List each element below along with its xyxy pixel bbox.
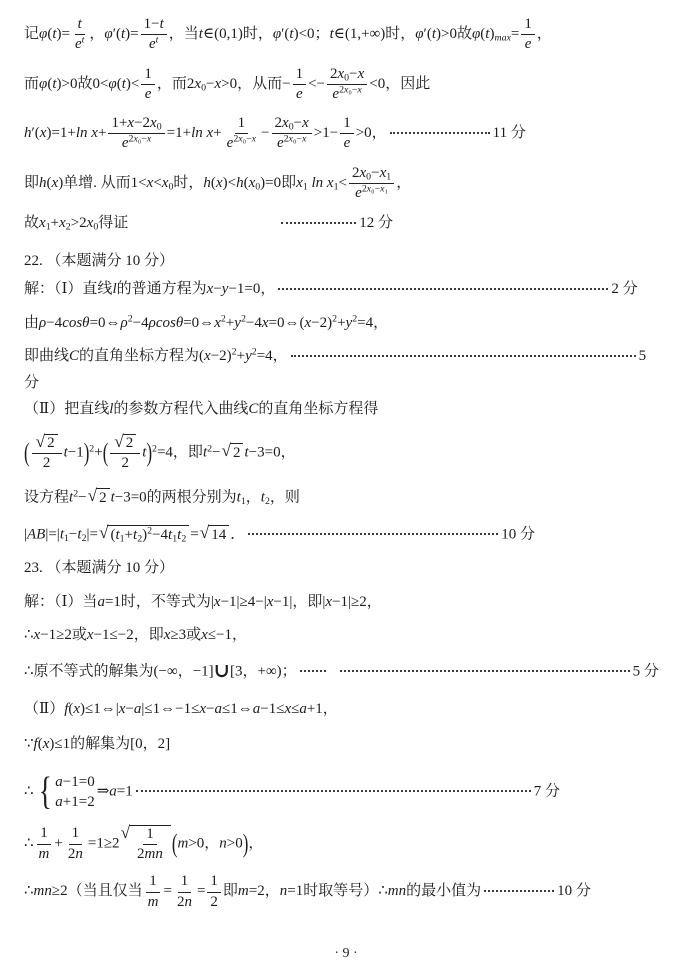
numerator: 1 xyxy=(207,873,221,892)
text-run: (t xyxy=(110,527,119,543)
dot-leader xyxy=(300,670,326,672)
text-run: 1 xyxy=(72,825,80,841)
text-run: ∴ xyxy=(24,783,34,799)
fraction: 12n xyxy=(65,825,86,863)
denominator: e2x₀−x₁ xyxy=(352,184,391,202)
text-run: 记φ(t)= xyxy=(24,26,70,42)
numerator: 1+x−2x0 xyxy=(108,115,164,134)
text-run: e xyxy=(75,36,82,52)
denominator: 2 xyxy=(119,454,133,472)
text-run: ∵f(x)≤1的解集为[0，2] xyxy=(24,736,170,752)
fraction: 1e xyxy=(141,66,155,104)
case-row: a−1=0 xyxy=(55,773,94,791)
text-run: + xyxy=(54,836,62,852)
text-run: 23. （本题满分 10 分） xyxy=(24,560,174,576)
text-run: |= xyxy=(87,526,98,542)
text-run: 5 分 xyxy=(633,663,659,679)
denominator: e xyxy=(142,85,155,103)
text-run: ，φ′(t)= xyxy=(89,26,138,42)
radicand: 2 xyxy=(123,434,137,452)
denominator: e2x₀−x xyxy=(119,134,154,152)
fraction: 12mn xyxy=(134,826,166,864)
text-run: − xyxy=(78,490,86,506)
sqrt-radical: √2 xyxy=(114,434,136,452)
text-run: 1 xyxy=(40,825,48,841)
fraction: √22 xyxy=(110,434,140,473)
text-run: 1−t xyxy=(144,16,164,32)
q22-substitution: (√22t−1)2+(√22t)2=4，即t2−√2t−3=0， xyxy=(24,434,672,473)
radicand: 2 xyxy=(44,434,58,452)
text-run: = xyxy=(190,526,198,542)
text-run: e xyxy=(149,36,156,52)
big-paren: ( xyxy=(172,827,178,861)
q23-am-gm: ∴1m+12n=1≥2√12mn(m>0，n>0)， xyxy=(24,825,672,864)
text-run: 设方程t xyxy=(24,490,73,506)
text-run: − xyxy=(212,444,220,460)
text-run: e xyxy=(344,135,351,151)
problem-23-header: 23. （本题满分 10 分） xyxy=(24,559,672,579)
text-run: = xyxy=(163,884,171,900)
case-rows: a−1=0a+1=2 xyxy=(55,773,94,811)
denominator: m xyxy=(145,893,162,911)
q23-mn-minimum: ∴mn≥2（当且仅当1m=12n=12即m=2，n=1时取等号）∴mn的最小值为… xyxy=(24,873,672,911)
text-run: ⇒a=1 xyxy=(97,783,133,799)
text-run: 1 xyxy=(144,66,152,82)
numerator: 1 xyxy=(178,873,192,892)
text-run: −x xyxy=(294,115,309,131)
denominator: e xyxy=(293,85,306,103)
numerator: 2x0−x xyxy=(272,115,312,134)
text-run: <− xyxy=(308,76,325,92)
q23-a-equals-1: ∴{a−1=0a+1=2⇒a=17 分 xyxy=(24,773,672,811)
text-run: +t xyxy=(125,527,138,543)
dot-leader xyxy=(281,222,356,224)
x1-x2-conclusion: 故x1+x2>2x0得证12 分 xyxy=(24,214,672,234)
superscript: 2x₀−x xyxy=(284,134,307,145)
numerator: 2x0−x1 xyxy=(349,165,394,184)
dot-leader xyxy=(340,670,630,672)
problem-22-header: 22. （本题满分 10 分） xyxy=(24,252,672,272)
dot-leader xyxy=(278,288,608,290)
denominator: e2x₀−x xyxy=(329,85,364,103)
subscript: 2 xyxy=(181,533,186,544)
q22-polar-conversion: 由ρ−4cosθ=0⇔ρ2−4ρcosθ=0⇔x2+y2−4x=0⇔(x−2)2… xyxy=(24,314,672,334)
text-run: −t xyxy=(69,526,82,542)
fraction: √22 xyxy=(32,434,62,473)
text-run: 解：（Ⅰ）当a=1时，不等式为|x−1|≥4−|x−1|，即|x−1|≥2， xyxy=(24,594,382,610)
cases-brace-group: {a−1=0a+1=2 xyxy=(36,773,95,811)
text-run: 2 xyxy=(210,894,218,910)
denominator: 2 xyxy=(207,893,221,911)
numerator: √2 xyxy=(110,434,140,454)
text-run: 由ρ−4cosθ=0⇔ρ xyxy=(24,315,128,331)
fraction: 1+x−2x0e2x₀−x xyxy=(108,115,164,153)
radicand: 2 xyxy=(96,488,110,509)
text-run: −x>0，从而− xyxy=(206,76,291,92)
text-run: −4t xyxy=(152,527,172,543)
text-run: < xyxy=(339,175,347,191)
numerator: t xyxy=(75,16,85,35)
document-body: 记φ(t)=tet，φ′(t)=1−tet，当t∈(0,1)时，φ′(t)<0；… xyxy=(0,0,692,911)
text-run: 1 xyxy=(343,115,351,131)
text-run: ∴原不等式的解集为(−∞，−1] xyxy=(24,663,214,679)
denominator: 2n xyxy=(174,893,195,911)
text-run: = xyxy=(197,884,205,900)
text-run: =4，即t xyxy=(157,444,207,460)
text-run: )=0即x xyxy=(260,175,303,191)
fraction: 2x0−x1e2x₀−x₁ xyxy=(349,165,394,203)
numerator: 1 xyxy=(521,16,535,35)
text-run: 2 xyxy=(43,455,51,471)
text-run: h′(x)=1+ln x+ xyxy=(24,125,106,141)
fraction: 2x0−xe2x₀−x xyxy=(272,115,312,153)
q22-part1-line-equation: 解：（Ⅰ）直线l的普通方程为x−y−1=0，2 分 xyxy=(24,280,672,300)
text-run: 1 xyxy=(238,115,246,131)
sqrt-radical: √(t1+t2)2−4t1t2 xyxy=(99,525,189,546)
text-run: +y xyxy=(226,315,241,331)
radicand: 2 xyxy=(230,443,244,464)
text-run: 即m=2，n=1时取等号）∴mn的最小值为 xyxy=(223,884,481,900)
q22-fen-wrap: 分 xyxy=(24,374,672,394)
sqrt-radical: √12mn xyxy=(121,825,171,864)
fraction: 12 xyxy=(207,873,221,911)
fraction: tet xyxy=(72,16,87,54)
text-run: 2x xyxy=(352,165,366,181)
text-run: + xyxy=(94,444,102,460)
text-run: =1+ln x+ xyxy=(167,125,222,141)
text-run: >2x xyxy=(71,215,94,231)
text-run: 1+x−2x xyxy=(111,115,156,131)
text-run: （Ⅱ）f(x)≤1⇔|x−a|≤1⇔−1≤x−a≤1⇔a−1≤x≤a+1， xyxy=(24,701,338,717)
q23-solution-set: ∴原不等式的解集为(−∞，−1]∪[3，+∞)；5 分 xyxy=(24,659,672,684)
fraction: 1e2x₀−x xyxy=(224,115,259,153)
fraction: 12n xyxy=(174,873,195,911)
text-run: e xyxy=(355,185,362,201)
fraction: 1m xyxy=(145,873,162,911)
numerator: 1 xyxy=(69,825,83,844)
text-run: 2mn xyxy=(137,846,163,862)
text-run: e xyxy=(525,36,532,52)
text-run: m xyxy=(148,894,159,910)
text-run: [3，+∞)； xyxy=(230,663,297,679)
union-symbol: ∪ xyxy=(214,661,230,682)
text-run: 时，h(x)<h(x xyxy=(173,175,255,191)
q22-curve-equation: 即曲线C的直角坐标方程为(x−2)2+y2=4，5 xyxy=(24,347,672,367)
text-run: <0，因此 xyxy=(369,76,430,92)
text-run: >1− xyxy=(314,125,338,141)
radicand: 14 xyxy=(208,525,229,546)
text-run: −x xyxy=(349,66,364,82)
text-run: e xyxy=(145,86,152,102)
big-paren: ) xyxy=(84,436,90,470)
q22-part2-intro: （Ⅱ）把直线l的参数方程代入曲线C的直角坐标方程得 xyxy=(24,400,672,420)
denominator: e2x₀−x xyxy=(224,134,259,152)
text-run: 2x xyxy=(275,115,289,131)
subscript: 0 xyxy=(157,121,162,132)
big-paren: ( xyxy=(103,436,109,470)
radical-sign: √ xyxy=(99,523,108,540)
superscript: 2x₀−x xyxy=(129,134,152,145)
text-run: +x xyxy=(51,215,66,231)
q23-case-solution: ∴x−1≥2或x−1≤−2，即x≥3或x≤−1， xyxy=(24,626,672,646)
dot-leader xyxy=(291,355,636,357)
numerator: 1 xyxy=(340,115,354,134)
text-run: − xyxy=(261,125,269,141)
text-run: e xyxy=(277,135,284,151)
denominator: 2mn xyxy=(134,845,166,863)
phi-derivative-analysis: 记φ(t)=tet，φ′(t)=1−tet，当t∈(0,1)时，φ′(t)<0；… xyxy=(24,16,672,54)
numerator: 1 xyxy=(235,115,249,134)
text-run: 即曲线C的直角坐标方程为(x−2) xyxy=(24,348,232,364)
text-run: t−3=0， xyxy=(244,444,295,460)
fraction: 1−tet xyxy=(141,16,167,54)
text-run: +y xyxy=(237,348,252,364)
numerator: 1 xyxy=(293,66,307,85)
sqrt-radical: √2 xyxy=(36,434,58,452)
spacer xyxy=(128,226,278,227)
dot-leader xyxy=(248,533,498,535)
text-run: ， xyxy=(248,836,263,852)
text-run: ，则 xyxy=(270,490,300,506)
text-run: 2 xyxy=(126,435,134,451)
text-run: =4， xyxy=(357,315,388,331)
radicand: (t1+t2)2−4t1t2 xyxy=(107,525,189,546)
text-run: ， xyxy=(537,26,552,42)
text-run: m xyxy=(39,846,50,862)
text-run: = xyxy=(511,26,519,42)
big-paren: ) xyxy=(243,827,249,861)
text-run: 1 xyxy=(210,873,218,889)
denominator: e2x₀−x xyxy=(274,134,309,152)
subscript: 1 xyxy=(386,171,391,182)
text-run: −4x=0⇔(x−2) xyxy=(246,315,332,331)
fraction: 1e xyxy=(293,66,307,104)
q23-part1-inequality: 解：（Ⅰ）当a=1时，不等式为|x−1|≥4−|x−1|，即|x−1|≥2， xyxy=(24,593,672,613)
superscript: t xyxy=(156,35,159,46)
q23-part2-equiv: （Ⅱ）f(x)≤1⇔|x−a|≤1⇔−1≤x−a≤1⇔a−1≤x≤a+1， xyxy=(24,700,672,720)
text-run: t xyxy=(78,16,82,32)
denominator: et xyxy=(72,35,87,53)
numerator: 1 xyxy=(146,873,160,892)
denominator: 2n xyxy=(65,845,86,863)
text-run: 故x xyxy=(24,215,46,231)
text-run: =1≥2 xyxy=(88,836,120,852)
big-paren: ( xyxy=(24,436,30,470)
spacer xyxy=(329,674,337,675)
radical-sign: √ xyxy=(121,824,130,841)
text-run: 12 分 xyxy=(359,215,393,231)
text-run: 而φ(t)>0故0<φ(t)< xyxy=(24,76,139,92)
text-run: 分 xyxy=(24,375,39,391)
fraction: 2x0−xe2x₀−x xyxy=(327,66,367,104)
radical-sign: √ xyxy=(88,487,97,504)
text-run: 1 xyxy=(296,66,304,82)
subscript: max xyxy=(494,33,510,44)
text-run: t−3=0的两根分别为t xyxy=(111,490,241,506)
text-run: m>0，n>0 xyxy=(177,836,242,852)
text-run: ， xyxy=(396,175,411,191)
radicand: 12mn xyxy=(129,825,171,864)
numerator: 1 xyxy=(37,825,51,844)
h-monotonic-conclusion: 即h(x)单增. 从而1<x<x0时，h(x)<h(x0)=0即x1 ln x1… xyxy=(24,165,672,203)
text-run: ，当t∈(0,1)时，φ′(t)<0；t∈(1,+∞)时，φ′(t)>0故φ(t… xyxy=(169,26,495,42)
text-run: 2 xyxy=(122,455,130,471)
text-run: ，t xyxy=(246,490,265,506)
q23-solution-interval: ∵f(x)≤1的解集为[0，2] xyxy=(24,735,672,755)
denominator: e xyxy=(341,134,354,152)
text-run: 即h(x)单增. 从而1<x<x xyxy=(24,175,168,191)
text-run: 14 xyxy=(211,527,226,543)
numerator: 1−t xyxy=(141,16,167,35)
text-run: 10 分 xyxy=(501,526,535,542)
text-run: ∴mn≥2（当且仅当 xyxy=(24,884,143,900)
h-prime-inequality: h′(x)=1+ln x+1+x−2x0e2x₀−x=1+ln x+1e2x₀−… xyxy=(24,115,672,153)
numerator: √2 xyxy=(32,434,62,454)
text-run: 11 分 xyxy=(493,125,526,141)
text-run: 1 xyxy=(181,873,189,889)
text-run: 5 xyxy=(639,348,647,364)
text-run: 2 分 xyxy=(611,281,637,297)
dot-leader xyxy=(136,790,531,792)
text-run: 2n xyxy=(68,846,83,862)
text-run: 1 xyxy=(524,16,532,32)
superscript: 2x₀−x xyxy=(233,134,256,145)
text-run: ln x xyxy=(308,175,334,191)
q22-roots-setup: 设方程t2−√2t−3=0的两根分别为t1，t2，则 xyxy=(24,488,672,509)
superscript: 2x₀−x₁ xyxy=(362,183,388,194)
text-run: ． xyxy=(230,526,245,542)
text-run: ，而2x xyxy=(157,76,201,92)
text-run: |AB|=|t xyxy=(24,526,64,542)
text-run: e xyxy=(296,86,303,102)
numerator: 2x0−x xyxy=(327,66,367,85)
radical-sign: √ xyxy=(200,523,209,540)
left-brace: { xyxy=(38,775,51,808)
text-run: 2x xyxy=(330,66,344,82)
text-run: 解：（Ⅰ）直线l的普通方程为x−y−1=0， xyxy=(24,281,275,297)
fraction: 1e xyxy=(521,16,535,54)
text-run: 1 xyxy=(146,826,154,842)
sqrt-radical: √2 xyxy=(88,488,110,509)
numerator: 1 xyxy=(141,66,155,85)
denominator: m xyxy=(36,845,53,863)
q22-ab-length: |AB|=|t1−t2|=√(t1+t2)2−4t1t2=√14．10 分 xyxy=(24,525,672,546)
text-run: −x xyxy=(371,165,386,181)
text-run: =4， xyxy=(257,348,288,364)
sqrt-radical: √14 xyxy=(200,525,229,546)
text-run: +y xyxy=(337,315,352,331)
dot-leader xyxy=(390,132,490,134)
big-paren: ) xyxy=(146,436,152,470)
radical-sign: √ xyxy=(36,432,45,449)
fraction: 1e xyxy=(340,115,354,153)
superscript: 2x₀−x xyxy=(339,84,362,95)
denominator: 2 xyxy=(40,454,54,472)
text-run: e xyxy=(122,135,129,151)
text-run: 2 xyxy=(47,435,55,451)
text-run: −4ρcosθ=0⇔x xyxy=(133,315,221,331)
text-run: 2 xyxy=(233,445,241,461)
text-run: >0， xyxy=(356,125,387,141)
case-row: a+1=2 xyxy=(55,793,94,811)
text-run: ∴ xyxy=(24,836,34,852)
fraction: 1m xyxy=(36,825,53,863)
text-run: 22. （本题满分 10 分） xyxy=(24,253,174,269)
text-run: ∴x−1≥2或x−1≤−2，即x≥3或x≤−1， xyxy=(24,627,247,643)
numerator: 1 xyxy=(143,826,157,845)
text-run: （Ⅱ）把直线l的参数方程代入曲线C的直角坐标方程得 xyxy=(24,401,378,417)
dot-leader xyxy=(484,890,554,892)
text-run: 1 xyxy=(149,873,157,889)
denominator: et xyxy=(146,35,161,53)
text-run: 7 分 xyxy=(534,783,560,799)
text-run: 2n xyxy=(177,894,192,910)
page-number: · 9 · xyxy=(0,946,692,962)
denominator: e xyxy=(522,35,535,53)
sqrt-radical: √2 xyxy=(222,443,244,464)
phi-bounds: 而φ(t)>0故0<φ(t)<1e，而2x0−x>0，从而−1e<−2x0−xe… xyxy=(24,66,672,104)
text-run: t−1 xyxy=(64,444,84,460)
radical-sign: √ xyxy=(222,441,231,458)
text-run: 2 xyxy=(99,490,107,506)
superscript: t xyxy=(82,35,85,46)
text-run: 得证 xyxy=(98,215,128,231)
text-run: 10 分 xyxy=(557,884,591,900)
radical-sign: √ xyxy=(114,432,123,449)
